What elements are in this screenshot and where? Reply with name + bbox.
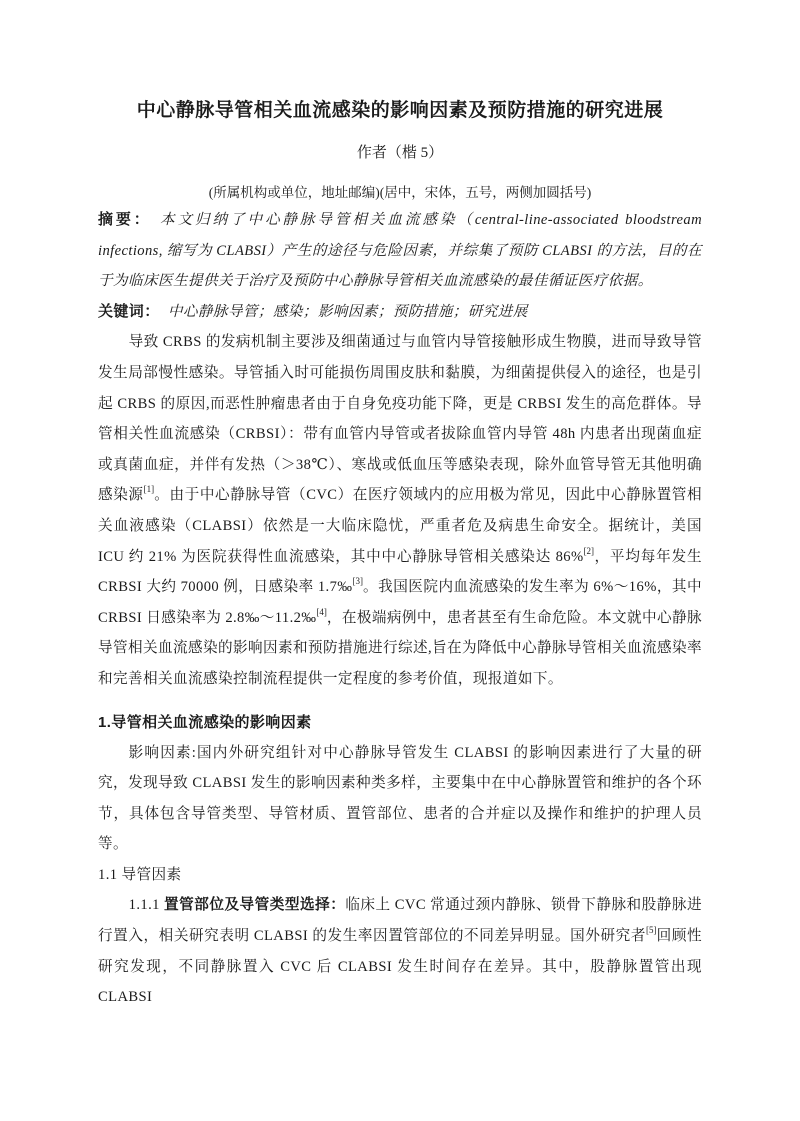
- author-line: 作者（楷 5）: [98, 141, 702, 166]
- subsection-1-1-1-title: 置管部位及导管类型选择：: [164, 897, 345, 913]
- citation-ref-3: [3]: [352, 576, 363, 586]
- paper-title: 中心静脉导管相关血流感染的影响因素及预防措施的研究进展: [98, 97, 702, 125]
- affiliation-line: (所属机构或单位，地址邮编)(居中，宋体，五号，两侧加圆括号): [98, 180, 702, 205]
- abstract-text: 本文归纳了中心静脉导管相关血流感染（central-line-associate…: [98, 212, 702, 289]
- abstract-label: 摘要：: [98, 211, 152, 228]
- citation-ref-5: [5]: [646, 925, 657, 935]
- intro-paragraph: 导致 CRBS 的发病机制主要涉及细菌通过与血管内导管接触形成生物膜，进而导致导…: [98, 327, 702, 694]
- subsection-1-1-1-paragraph: 1.1.1 置管部位及导管类型选择：临床上 CVC 常通过颈内静脉、锁骨下静脉和…: [98, 890, 702, 1012]
- intro-text-1: 导致 CRBS 的发病机制主要涉及细菌通过与血管内导管接触形成生物膜，进而导致导…: [98, 334, 702, 503]
- section-1-paragraph: 影响因素:国内外研究组针对中心静脉导管发生 CLABSI 的影响因素进行了大量的…: [98, 738, 702, 860]
- keywords-label: 关键词：: [98, 303, 160, 320]
- citation-ref-2: [2]: [584, 546, 595, 556]
- section-1-heading: 1.导管相关血流感染的影响因素: [98, 707, 702, 738]
- subsection-1-1-1-number: 1.1.1: [129, 897, 164, 913]
- document-page: 中心静脉导管相关血流感染的影响因素及预防措施的研究进展 作者（楷 5） (所属机…: [0, 0, 800, 1121]
- keywords-text: 中心静脉导管；感染；影响因素；预防措施；研究进展: [168, 304, 528, 320]
- citation-ref-1: [1]: [144, 484, 155, 494]
- citation-ref-4: [4]: [316, 607, 327, 617]
- abstract-paragraph: 摘要：本文归纳了中心静脉导管相关血流感染（central-line-associ…: [98, 205, 702, 297]
- document-content: 中心静脉导管相关血流感染的影响因素及预防措施的研究进展 作者（楷 5） (所属机…: [98, 97, 702, 1013]
- subsection-1-1-heading: 1.1 导管因素: [98, 860, 702, 891]
- keywords-paragraph: 关键词：中心静脉导管；感染；影响因素；预防措施；研究进展: [98, 297, 702, 328]
